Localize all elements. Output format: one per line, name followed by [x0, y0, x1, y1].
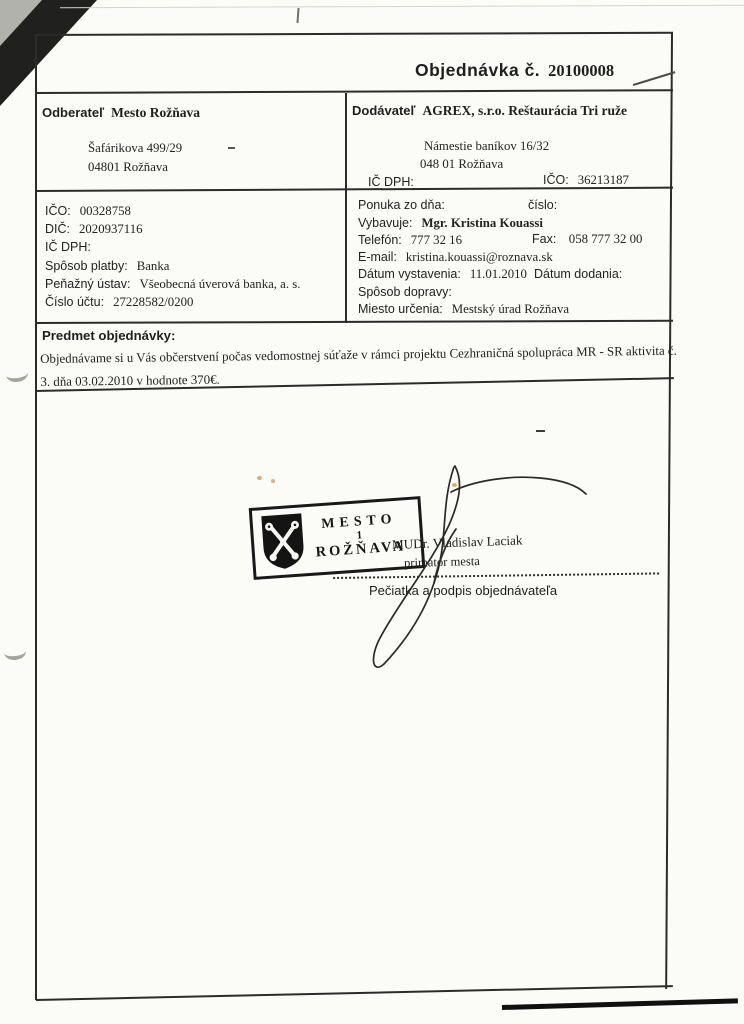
- buyer-city: 04801 Rožňava: [88, 160, 168, 175]
- buyer-detail-row-bank: Peňažný ústav:Všeobecná úverová banka, a…: [45, 277, 300, 292]
- paper-edge-artifact: [60, 5, 744, 8]
- frame-right-border: [665, 33, 673, 989]
- transport-row: Spôsob dopravy:: [358, 285, 461, 300]
- field-label: IČ DPH:: [45, 240, 91, 254]
- icdph-label: IČ DPH:: [368, 175, 414, 189]
- buyer-name: Mesto Rožňava: [111, 105, 200, 120]
- delivery-date-label: Dátum dodania:: [534, 267, 622, 282]
- field-value: 2020937116: [79, 222, 143, 236]
- offer-label: Ponuka zo dňa:: [358, 198, 445, 212]
- supplier-street: Námestie baníkov 16/32: [424, 139, 549, 154]
- supplier-city: 048 01 Rožňava: [420, 157, 503, 172]
- field-label: DIČ:: [45, 222, 70, 236]
- ink-speck-artifact: [271, 479, 275, 483]
- issue-date-value: 11.01.2010: [470, 267, 527, 281]
- document-title-label: Objednávka č.: [415, 60, 540, 80]
- scan-tick-artifact: [296, 8, 299, 23]
- issue-date-row: Dátum vystavenia:11.01.2010 Dátum dodani…: [358, 267, 668, 282]
- supplier-ico-row: IČO:36213187: [543, 173, 629, 188]
- fax-value: 058 777 32 00: [569, 232, 643, 246]
- handler-value: Mgr. Kristina Kouassi: [421, 216, 542, 230]
- supplier-name: AGREX, s.r.o. Reštaurácia Tri ruže: [423, 103, 627, 118]
- supplier-label: Dodávateľ: [352, 103, 416, 118]
- column-divider-line: [345, 93, 347, 323]
- field-label: Spôsob platby:: [45, 259, 128, 273]
- handler-row: Vybavuje:Mgr. Kristina Kouassi: [358, 216, 543, 231]
- issue-date-label: Dátum vystavenia:: [358, 267, 461, 281]
- buyer-detail-row-dic: DIČ:2020937116: [45, 222, 143, 237]
- destination-row: Miesto určenia:Mestský úrad Rožňava: [358, 302, 569, 317]
- field-label: IČO:: [45, 204, 71, 218]
- order-subject-text: Objednávame si u Vás občerstvení počas v…: [40, 340, 681, 394]
- phone-value: 777 32 16: [411, 233, 462, 247]
- document-number: 20100008: [548, 61, 614, 80]
- buyer-detail-row-ico: IČO:00328758: [45, 204, 131, 219]
- offer-number-label: číslo:: [528, 198, 557, 213]
- buyer-header: OdberateľMesto Rožňava: [42, 105, 200, 121]
- buyer-detail-row-account: Číslo účtu:27228582/0200: [45, 295, 193, 310]
- scanned-order-document: Objednávka č.20100008 OdberateľMesto Rož…: [0, 0, 744, 1024]
- email-label: E-mail:: [358, 250, 397, 264]
- pen-tick-artifact: [633, 71, 676, 85]
- roznava-coat-of-arms-icon: [258, 511, 308, 572]
- phone-fax-row: Telefón:777 32 16 Fax: 058 777 32 00: [358, 233, 663, 248]
- ico-value: 36213187: [578, 173, 629, 187]
- stray-dash-artifact: [536, 430, 545, 432]
- ink-speck-artifact: [257, 476, 262, 480]
- corner-fold-artifact: [0, 0, 120, 120]
- frame-left-border: [35, 34, 37, 1000]
- ico-label: IČO:: [543, 173, 569, 187]
- stray-mark-artifact: [228, 147, 235, 149]
- field-value: Všeobecná úverová banka, a. s.: [139, 277, 300, 291]
- destination-value: Mestský úrad Rožňava: [452, 302, 569, 316]
- field-value: 27228582/0200: [113, 295, 193, 309]
- field-value: 00328758: [80, 204, 131, 218]
- phone-label: Telefón:: [358, 233, 402, 247]
- punch-hole-artifact: [3, 643, 27, 661]
- handler-label: Vybavuje:: [358, 216, 412, 230]
- field-label: Peňažný ústav:: [45, 277, 130, 291]
- punch-hole-artifact: [5, 365, 29, 384]
- destination-label: Miesto určenia:: [358, 302, 443, 316]
- offer-row: Ponuka zo dňa: číslo:: [358, 198, 663, 213]
- subject-separator-line: [35, 320, 673, 325]
- fax-cell: Fax: 058 777 32 00: [532, 232, 642, 247]
- frame-top-border: [35, 32, 673, 36]
- ink-speck-artifact: [452, 483, 457, 487]
- fax-label: Fax:: [532, 232, 556, 246]
- field-value: Banka: [137, 259, 170, 273]
- transport-label: Spôsob dopravy:: [358, 285, 452, 299]
- buyer-detail-row-icdph: IČ DPH:: [45, 240, 100, 255]
- frame-bottom-border: [36, 985, 673, 1001]
- buyer-label: Odberateľ: [42, 105, 104, 120]
- bottom-scan-line-artifact: [502, 998, 738, 1010]
- header-separator-line: [35, 187, 673, 193]
- buyer-detail-row-payment: Spôsob platby:Banka: [45, 259, 169, 274]
- title-separator-line: [35, 89, 673, 94]
- supplier-header: DodávateľAGREX, s.r.o. Reštaurácia Tri r…: [352, 103, 627, 119]
- signature: [330, 445, 610, 680]
- buyer-street: Šafárikova 499/29: [88, 141, 182, 156]
- document-title: Objednávka č.20100008: [415, 60, 614, 81]
- email-value: kristina.kouassi@roznava.sk: [406, 250, 553, 264]
- email-row: E-mail:kristina.kouassi@roznava.sk: [358, 250, 553, 265]
- subject-heading: Predmet objednávky:: [42, 328, 175, 343]
- field-label: Číslo účtu:: [45, 295, 104, 309]
